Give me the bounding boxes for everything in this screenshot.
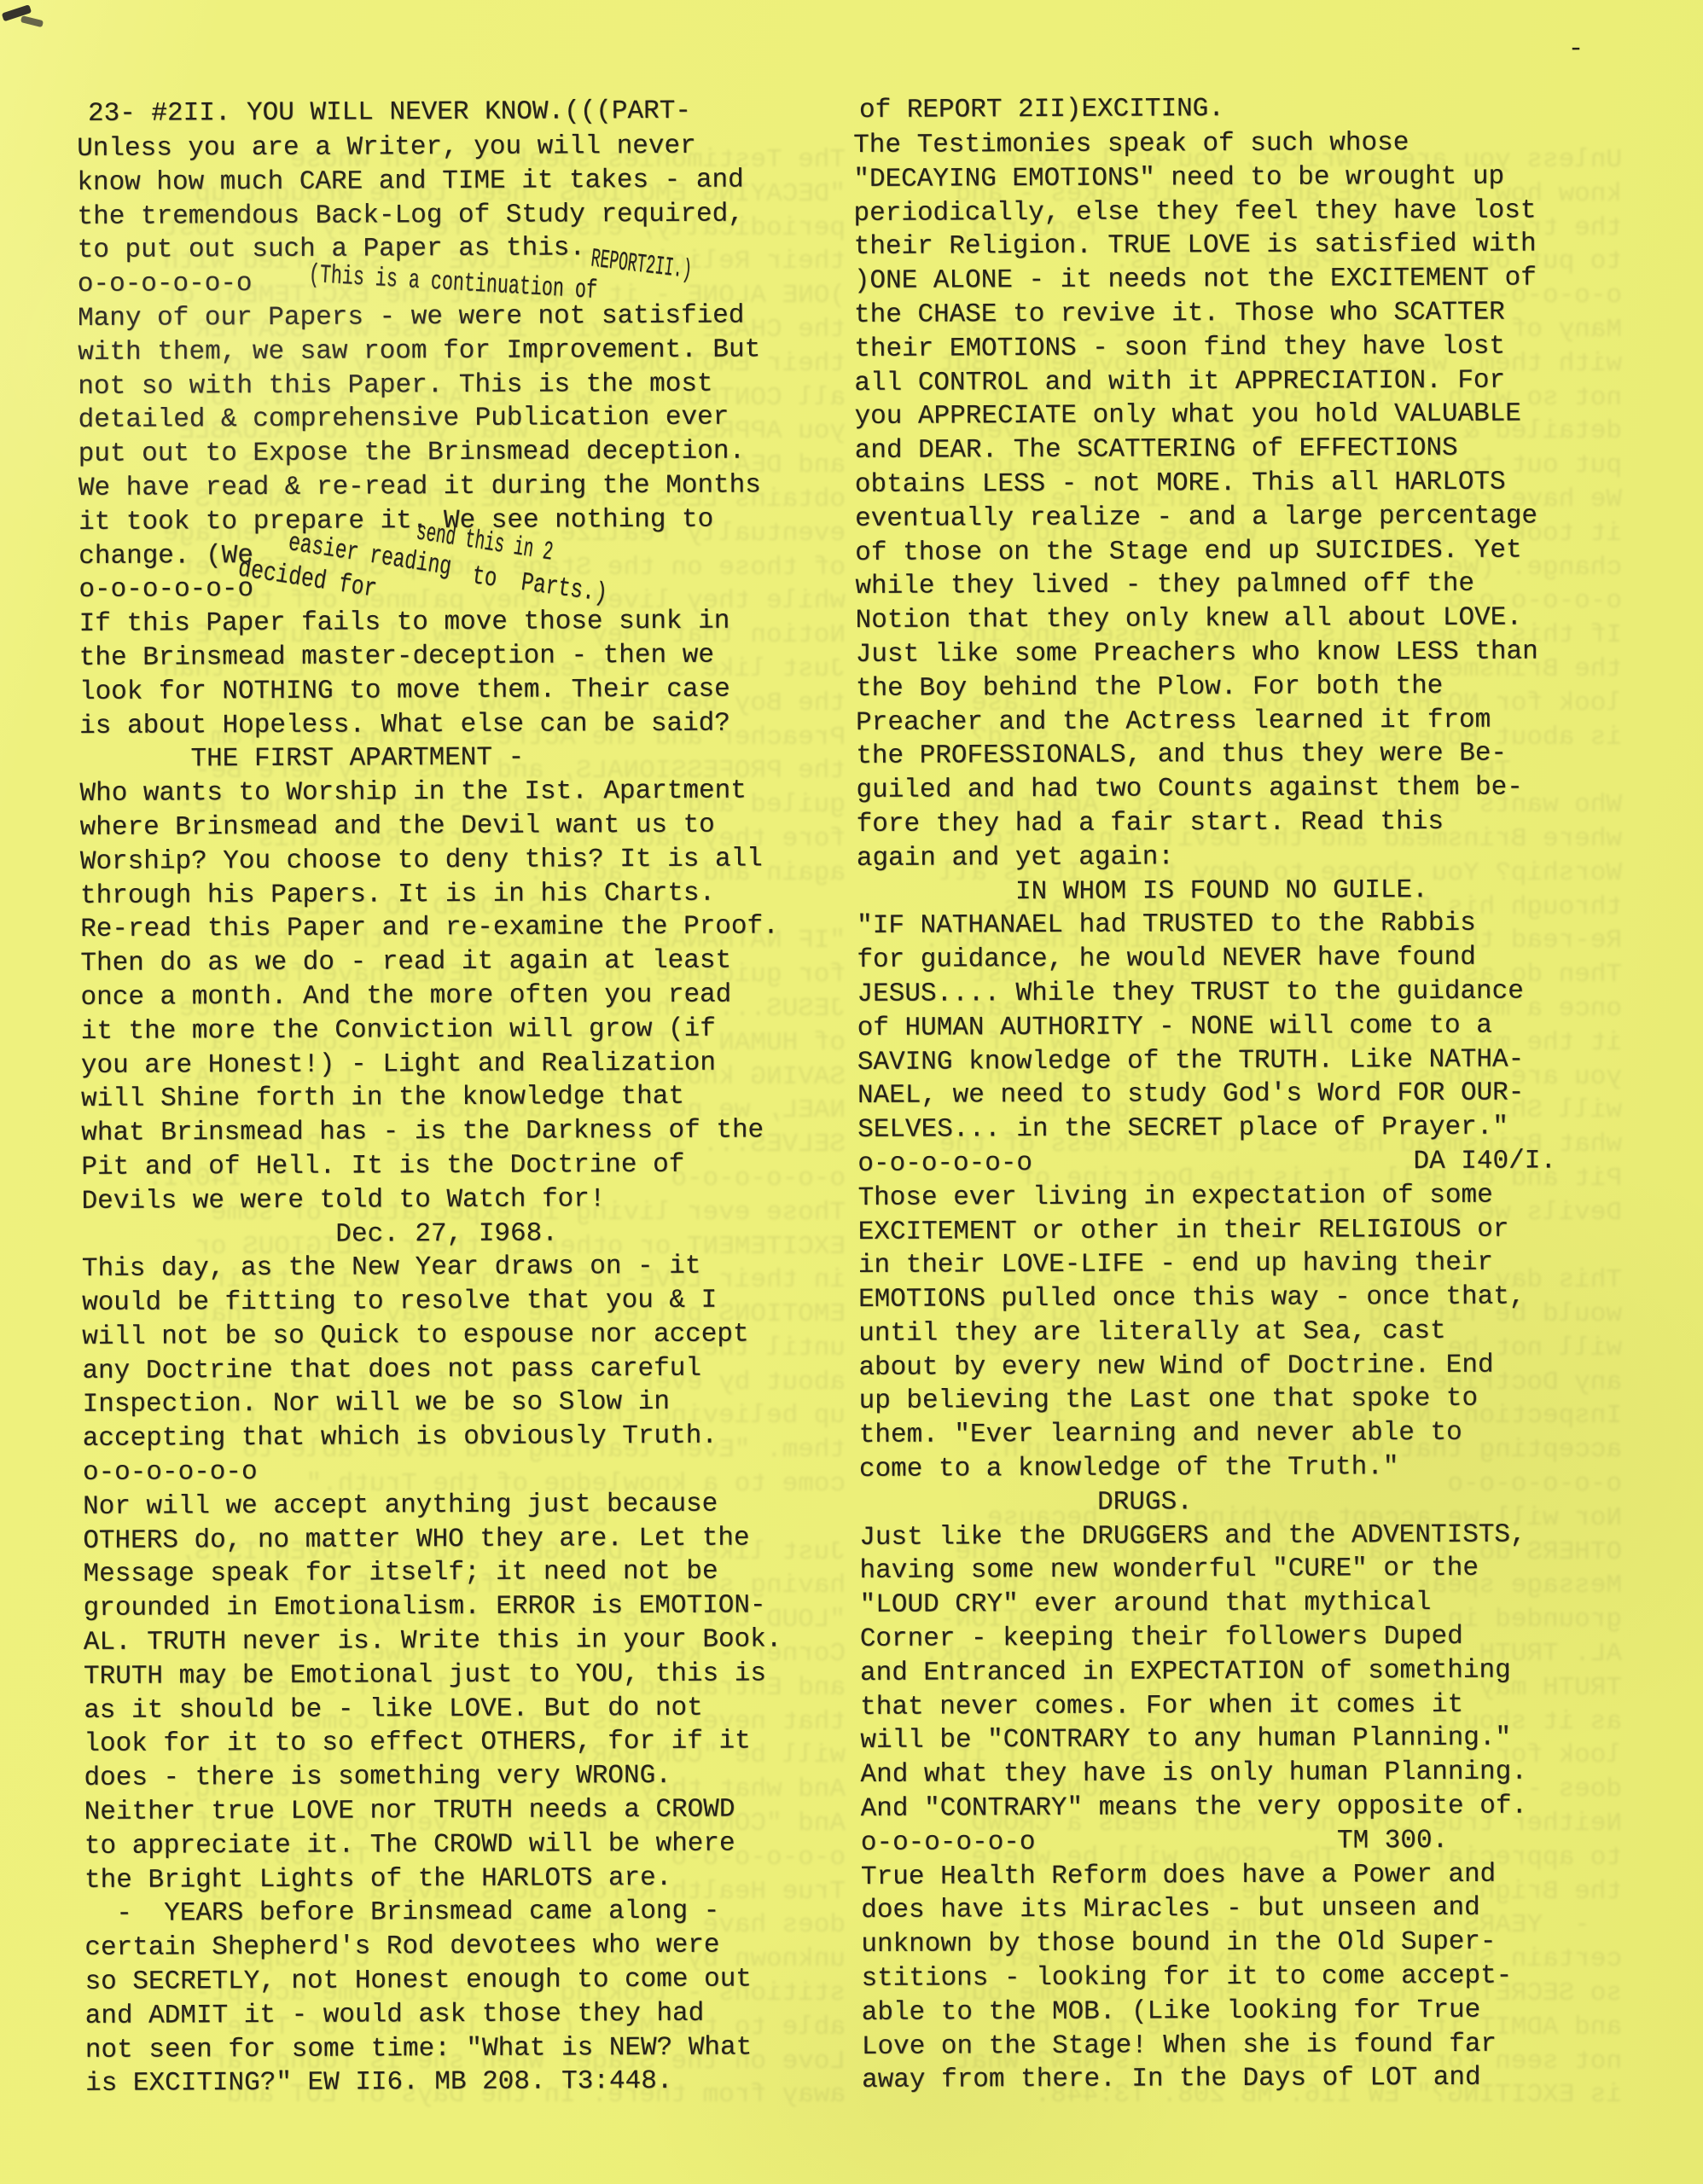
text-line: True Health Reform does have a Power and xyxy=(861,1857,1560,1894)
text-line: NAEL, we need to study God's Word FOR OU… xyxy=(857,1077,1556,1113)
text-line: put out to Expose the Brinsmead deceptio… xyxy=(78,435,777,472)
text-line: their Religion. TRUE LOVE is satisfied w… xyxy=(854,228,1553,264)
text-line: o-o-o-o-o-o TM 300. xyxy=(861,1823,1560,1860)
text-line: where Brinsmead and the Devil want us to xyxy=(80,808,779,845)
text-line: through his Papers. It is in his Charts. xyxy=(80,876,779,913)
text-line: would be fitting to resolve that you & I xyxy=(82,1283,781,1320)
text-line: "IF NATHANAEL had TRUSTED to the Rabbis xyxy=(857,907,1555,944)
document-sheet: Unless you are a Writer, you will neverk… xyxy=(0,0,1703,2184)
text-line: does - there is something very WRONG. xyxy=(84,1759,782,1796)
text-line: Devils we were told to Watch for! xyxy=(81,1182,780,1218)
text-line: AL. TRUTH never is. Write this in your B… xyxy=(84,1623,782,1659)
text-line: fore they had a fair start. Read this xyxy=(857,804,1555,841)
text-line: EMOTIONS pulled once this way - once tha… xyxy=(858,1280,1557,1316)
text-line: about by every new Wind of Doctrine. End xyxy=(858,1348,1557,1385)
text-line: as it should be - like LOVE. But do not xyxy=(84,1691,782,1728)
text-line: EXCITEMENT or other in their RELIGIOUS o… xyxy=(858,1212,1557,1249)
text-line: Notion that they only knew all about LOV… xyxy=(856,601,1555,638)
text-line: Just like some Preachers who know LESS t… xyxy=(856,635,1555,671)
text-line: detailed & comprehensive Publication eve… xyxy=(78,401,776,438)
text-line: stitions - looking for it to come accept… xyxy=(861,1959,1560,1995)
text-line: away from there. In the Days of LOT and xyxy=(862,2061,1561,2098)
text-line: periodically, else they feel they have l… xyxy=(853,194,1552,230)
text-line: know how much CARE and TIME it takes - a… xyxy=(77,163,776,200)
page-title-right: of REPORT 2II)EXCITING. xyxy=(859,94,1224,125)
text-line: not so with this Paper. This is the most xyxy=(78,367,776,404)
text-line: look for it to so effect OTHERS, for if … xyxy=(84,1725,782,1762)
text-line: Just like the DRUGGERS and the ADVENTIST… xyxy=(859,1518,1558,1554)
text-line: while they lived - they palmned off the xyxy=(855,567,1554,604)
text-line: Those ever living in expectation of some xyxy=(857,1178,1556,1215)
text-line: until they are literally at Sea, cast xyxy=(858,1314,1557,1350)
text-line: change. (We xyxy=(78,537,777,573)
text-line: with them, we saw room for Improvement. … xyxy=(78,333,776,369)
text-line: to put out such a Paper as this. xyxy=(78,231,776,268)
text-line: will Shine forth in the knowledge that xyxy=(81,1080,780,1117)
text-line: not seen for some time: "What is NEW? Wh… xyxy=(85,2030,784,2067)
text-line: will not be so Quick to espouse nor acce… xyxy=(82,1317,781,1354)
text-line: having some new wonderful "CURE" or the xyxy=(859,1552,1558,1589)
text-line: is about Hopeless. What else can be said… xyxy=(79,706,778,743)
text-line: Pit and of Hell. It is the Doctrine of xyxy=(81,1147,780,1184)
text-line: Unless you are a Writer, you will never xyxy=(77,129,776,166)
page-title-left: 23- #2II. YOU WILL NEVER KNOW.(((PART- xyxy=(88,96,691,129)
text-line: Neither true LOVE nor TRUTH needs a CROW… xyxy=(84,1792,783,1829)
text-line: o-o-o-o-o-o xyxy=(83,1453,782,1490)
text-line: TRUTH may be Emotional just to YOU, this… xyxy=(84,1657,782,1693)
text-line: Nor will we accept anything just because xyxy=(83,1487,782,1524)
text-line: accepting that which is obviously Truth. xyxy=(83,1420,782,1456)
text-line: you are Honest!) - Light and Realization xyxy=(81,1046,780,1083)
text-line: all CONTROL and with it APPRECIATION. Fo… xyxy=(854,363,1553,400)
text-line: OTHERS do, no matter WHO they are. Let t… xyxy=(83,1521,782,1558)
typewritten-content: - 23- #2II. YOU WILL NEVER KNOW.(((PART-… xyxy=(0,0,1703,2184)
text-line: This day, as the New Year draws on - it xyxy=(82,1250,781,1287)
text-line: THE FIRST APARTMENT - xyxy=(79,741,778,777)
text-line: so SECRETLY, not Honest enough to come o… xyxy=(84,1962,783,1999)
text-line: eventually realize - and a large percent… xyxy=(855,499,1554,536)
text-line: grounded in Emotionalism. ERROR is EMOTI… xyxy=(84,1589,782,1626)
text-line: their EMOTIONS - soon find they have los… xyxy=(854,329,1553,366)
text-line: obtains LESS - not MORE. This all HARLOT… xyxy=(855,465,1554,502)
text-line: any Doctrine that does not pass careful xyxy=(82,1351,781,1388)
text-line: Corner - keeping their followers Duped xyxy=(860,1619,1559,1656)
text-line: again and yet again: xyxy=(857,839,1555,875)
text-line: )ONE ALONE - it needs not the EXCITEMENT… xyxy=(854,262,1553,299)
text-line: look for NOTHING to move them. Their cas… xyxy=(79,672,778,709)
text-line: SELVES... in the SECRET place of Prayer.… xyxy=(857,1111,1556,1147)
text-line: and ADMIT it - would ask those they had xyxy=(85,1996,784,2033)
text-line: Many of our Papers - we were not satisfi… xyxy=(78,299,776,335)
text-line: you APPRECIATE only what you hold VALUAB… xyxy=(854,398,1553,434)
text-line: We have read & re-read it during the Mon… xyxy=(78,468,777,505)
text-line: Dec. 27, I968. xyxy=(82,1216,781,1252)
text-line: the tremendous Back-Log of Study require… xyxy=(77,197,776,234)
text-line: "LOUD CRY" ever around that mythical xyxy=(860,1586,1559,1623)
text-line: DRUGS. xyxy=(859,1484,1558,1520)
text-line: And "CONTRARY" means the very opposite o… xyxy=(861,1789,1560,1826)
text-line: SAVING knowledge of the TRUTH. Like NATH… xyxy=(857,1043,1556,1079)
text-line: able to the MOB. (Like looking for True xyxy=(862,1993,1561,2030)
text-line: Preacher and the Actress learned it from xyxy=(856,703,1555,740)
text-line: IN WHOM IS FOUND NO GUILE. xyxy=(857,873,1555,909)
text-line: JESUS.... While they TRUST to the guidan… xyxy=(857,974,1555,1011)
text-line: o-o-o-o-o-o xyxy=(78,265,776,302)
text-line: in their LOVE-LIFE - end up having their xyxy=(858,1246,1557,1283)
text-line: o-o-o-o-o-o DA I40/I. xyxy=(857,1144,1556,1181)
text-line: them. "Ever learning and never able to xyxy=(859,1416,1558,1453)
text-line: of HUMAN AUTHORITY - NONE will come to a xyxy=(857,1008,1556,1045)
text-line: of those on the Stage end up SUICIDES. Y… xyxy=(855,533,1554,570)
text-line: will be "CONTRARY to any human Planning.… xyxy=(860,1722,1559,1758)
text-line: up believing the Last one that spoke to xyxy=(858,1382,1557,1419)
text-line: Re-read this Paper and re-examine the Pr… xyxy=(80,910,779,947)
text-line: what Brinsmead has - is the Darkness of … xyxy=(81,1113,780,1150)
right-column: The Testimonies speak of such whose"DECA… xyxy=(853,125,1561,2098)
text-line: Then do as we do - read it again at leas… xyxy=(80,944,779,980)
text-line: and DEAR. The SCATTERING of EFFECTIONS xyxy=(855,432,1554,468)
text-line: come to a knowledge of the Truth." xyxy=(859,1449,1558,1486)
text-line: Worship? You choose to deny this? It is … xyxy=(80,842,779,879)
text-line: unknown by those bound in the Old Super- xyxy=(861,1926,1560,1962)
text-line: that never comes. For when it comes it xyxy=(860,1687,1559,1724)
text-line: is EXCITING?" EW II6. MB 208. T3:448. xyxy=(85,2065,784,2101)
text-line: once a month. And the more often you rea… xyxy=(80,978,779,1014)
stray-dash-mark: - xyxy=(1568,34,1584,64)
text-line: The Testimonies speak of such whose xyxy=(853,125,1552,162)
text-line: the CHASE to revive it. Those who SCATTE… xyxy=(854,295,1553,332)
text-line: the Brinsmead master-deception - then we xyxy=(79,638,778,675)
left-column: Unless you are a Writer, you will neverk… xyxy=(77,129,784,2101)
text-line: and Entranced in EXPECTATION of somethin… xyxy=(860,1653,1559,1690)
text-line: certain Shepherd's Rod devotees who were xyxy=(84,1929,783,1966)
text-line: - YEARS before Brinsmead came along - xyxy=(84,1895,783,1931)
text-line: Message speak for itself; it need not be xyxy=(83,1555,782,1592)
text-line: o-o-o-o-o-o xyxy=(78,571,777,607)
text-line: does have its Miracles - but unseen and xyxy=(861,1891,1560,1928)
text-line: If this Paper fails to move those sunk i… xyxy=(79,605,778,642)
corner-ink-mark xyxy=(20,15,44,27)
text-line: guiled and had two Counts against them b… xyxy=(856,771,1555,808)
text-line: "DECAYING EMOTIONS" need to be wrought u… xyxy=(853,160,1552,196)
text-line: Who wants to Worship in the Ist. Apartme… xyxy=(79,775,778,811)
text-line: the Boy behind the Plow. For both the xyxy=(856,669,1555,706)
text-line: the Bright Lights of the HARLOTS are. xyxy=(84,1861,783,1897)
text-line: Inspection. Nor will we be so Slow in xyxy=(83,1385,782,1422)
text-line: it took to prepare it. We see nothing to xyxy=(78,502,777,539)
text-line: it the more the Conviction will grow (if xyxy=(81,1012,780,1048)
text-line: to appreciate it. The CROWD will be wher… xyxy=(84,1827,783,1863)
text-line: And what they have is only human Plannin… xyxy=(860,1756,1559,1792)
text-line: the PROFESSIONALS, and thus they were Be… xyxy=(856,737,1555,774)
text-line: Love on the Stage! When she is found far xyxy=(862,2027,1561,2064)
text-line: for guidance, he would NEVER have found xyxy=(857,941,1555,978)
